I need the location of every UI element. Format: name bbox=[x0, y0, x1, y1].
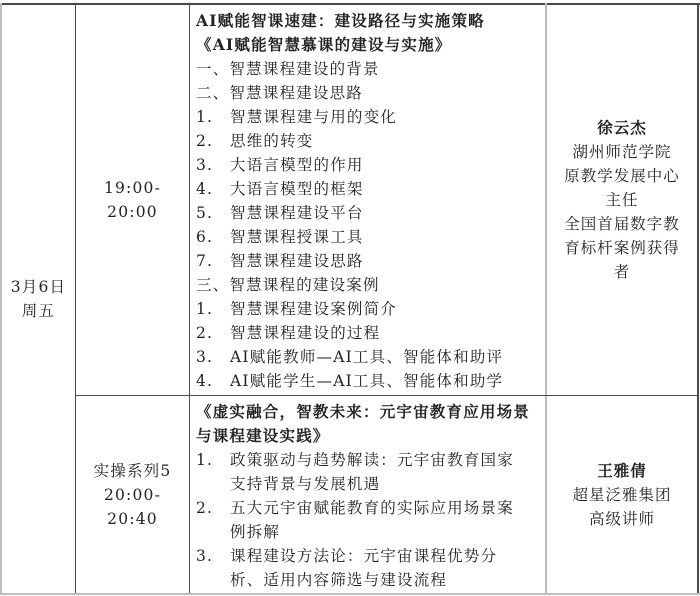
outline-item: 1.政策驱动与趋势解读：元宇宙教育国家支持背景与发展机遇 bbox=[196, 448, 545, 496]
session-2-title: 《虚实融合，智教未来：元宇宙教育应用场景与课程建设实践》 bbox=[196, 400, 536, 448]
session-1-time-start: 19:00- bbox=[104, 176, 161, 200]
outline-item: 4.大语言模型的框架 bbox=[196, 177, 545, 201]
speaker-name: 王雅倩 bbox=[597, 459, 647, 483]
weekday-text: 周五 bbox=[22, 299, 55, 323]
session-2-time-label: 实操系列5 bbox=[94, 459, 172, 483]
outline-item: 二、智慧课程建设思路 bbox=[196, 81, 545, 105]
speaker-info-line: 育标杆案例获得 bbox=[564, 236, 680, 260]
session-2-time-cell: 实操系列5 20:00- 20:40 bbox=[76, 396, 189, 593]
speaker-info-line: 全国首届数字教 bbox=[564, 212, 680, 236]
speaker-info-line: 主任 bbox=[605, 188, 638, 212]
speaker-info-line: 高级讲师 bbox=[589, 507, 655, 531]
session-1-time-cell: 19:00- 20:00 bbox=[76, 5, 189, 395]
outline-item: 3.AI赋能教师—AI工具、智能体和助评 bbox=[196, 345, 545, 369]
session-2-outline: 1.政策驱动与趋势解读：元宇宙教育国家支持背景与发展机遇 2.五大元宇宙赋能教育… bbox=[196, 448, 545, 592]
session-1-content-cell: AI赋能智课速建：建设路径与实施策略 《AI赋能智慧慕课的建设与实施》 一、智慧… bbox=[190, 5, 545, 395]
outline-item: 6.智慧课程授课工具 bbox=[196, 225, 545, 249]
outline-item: 2.思维的转变 bbox=[196, 129, 545, 153]
schedule-table: 3月6日 周五 19:00- 20:00 AI赋能智课速建：建设路径与实施策略 … bbox=[0, 0, 700, 596]
session-1-subtitle: 《AI赋能智慧慕课的建设与实施》 bbox=[196, 33, 545, 57]
outline-item: 一、智慧课程建设的背景 bbox=[196, 57, 545, 81]
session-2-time-start: 20:00- bbox=[104, 483, 161, 507]
date-cell: 3月6日 周五 bbox=[2, 5, 75, 593]
outline-item: 5.智慧课程建设平台 bbox=[196, 201, 545, 225]
speaker-name: 徐云杰 bbox=[597, 116, 647, 140]
table-right-border bbox=[697, 3, 699, 594]
session-1-outline: 一、智慧课程建设的背景 二、智慧课程建设思路 1.智慧课程建与用的变化 2.思维… bbox=[196, 57, 545, 393]
outline-item: 3.课程建设方法论：元宇宙课程优势分析、适用内容筛选与建设流程 bbox=[196, 544, 545, 592]
session-1-speaker-cell: 徐云杰 湖州师范学院 原教学发展中心 主任 全国首届数字教 育标杆案例获得 者 bbox=[547, 5, 697, 395]
outline-item: 4.AI赋能学生—AI工具、智能体和助学 bbox=[196, 369, 545, 393]
speaker-info-line: 湖州师范学院 bbox=[572, 140, 671, 164]
outline-item: 1.智慧课程建与用的变化 bbox=[196, 105, 545, 129]
outline-item: 7.智慧课程建设思路 bbox=[196, 249, 545, 273]
table-bottom-border bbox=[0, 593, 700, 595]
date-text: 3月6日 bbox=[11, 275, 67, 299]
speaker-info-line: 超星泛雅集团 bbox=[572, 483, 671, 507]
session-2-speaker-cell: 王雅倩 超星泛雅集团 高级讲师 bbox=[547, 396, 697, 593]
outline-item: 2.五大元宇宙赋能教育的实际应用场景案例拆解 bbox=[196, 496, 545, 544]
session-1-title: AI赋能智课速建：建设路径与实施策略 bbox=[196, 9, 545, 33]
speaker-info-line: 者 bbox=[614, 260, 631, 284]
session-2-time-end: 20:40 bbox=[107, 507, 158, 531]
outline-item: 3.大语言模型的作用 bbox=[196, 153, 545, 177]
outline-item: 2.智慧课程建设的过程 bbox=[196, 321, 545, 345]
outline-item: 1.智慧课程建设案例简介 bbox=[196, 297, 545, 321]
session-1-time-end: 20:00 bbox=[107, 200, 158, 224]
session-2-content-cell: 《虚实融合，智教未来：元宇宙教育应用场景与课程建设实践》 1.政策驱动与趋势解读… bbox=[190, 396, 545, 593]
outline-item: 三、智慧课程的建设案例 bbox=[196, 273, 545, 297]
speaker-info-line: 原教学发展中心 bbox=[564, 164, 680, 188]
